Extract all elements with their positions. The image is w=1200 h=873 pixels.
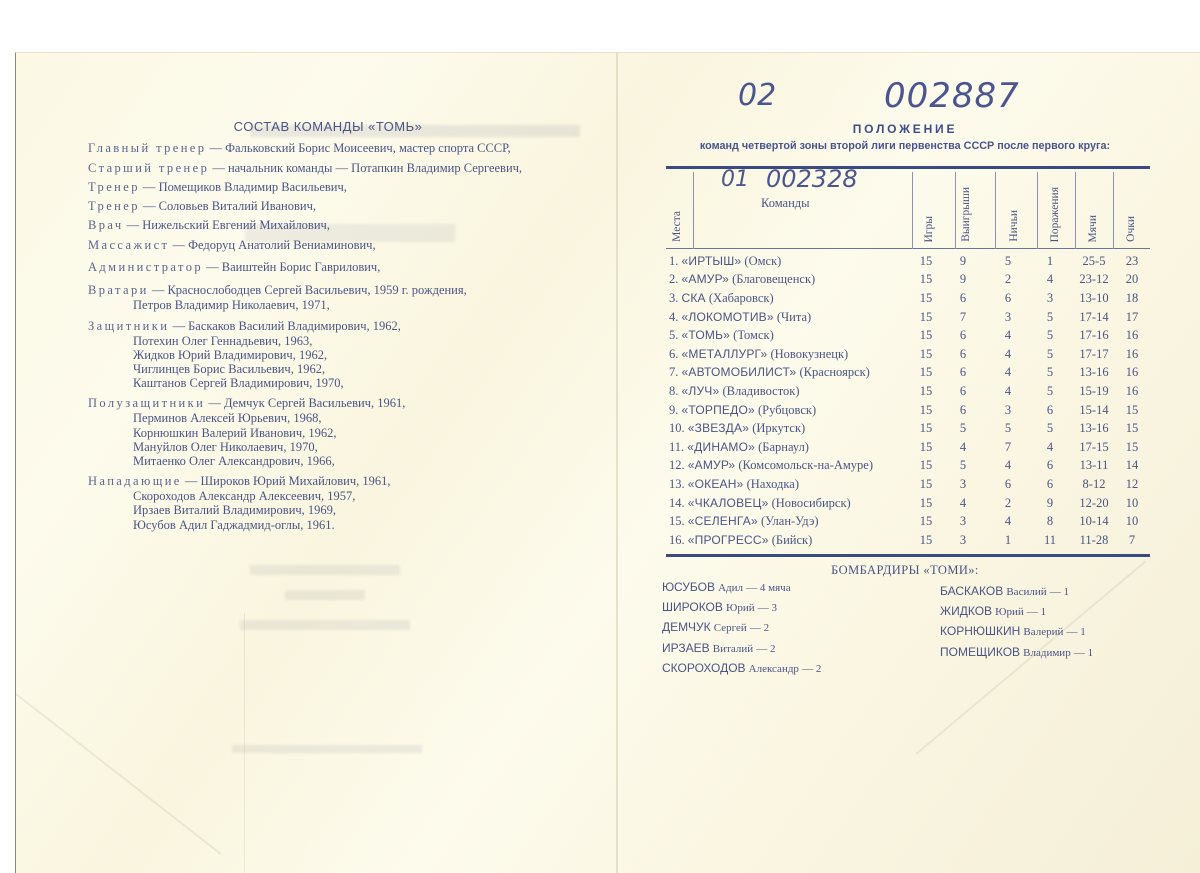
table-row: 9. «ТОРПЕДО» (Рубцовск)1563615-1415 <box>666 401 1150 420</box>
player: Скороходов Александр Алексеевич, 1957, <box>88 489 588 503</box>
player: Ирзаев Виталий Владимирович, 1969, <box>88 503 588 517</box>
table-row: 13. «ОКЕАН» (Находка)153668-1212 <box>666 475 1150 494</box>
standings-subtitle: команд четвертой зоны второй лиги первен… <box>660 140 1150 152</box>
table-row: 1. «ИРТЫШ» (Омск)1595125-523 <box>666 252 1150 271</box>
player: Потехин Олег Геннадьевич, 1963, <box>88 334 588 348</box>
table-row: 11. «ДИНАМО» (Барнаул)1547417-1515 <box>666 438 1150 457</box>
header-points: Очки <box>1125 216 1137 242</box>
crease <box>244 613 245 873</box>
player: Жидков Юрий Владимирович, 1962, <box>88 348 588 362</box>
table-row: 3. СКА (Хабаровск)1566313-1018 <box>666 289 1150 308</box>
table-row: 15. «СЕЛЕНГА» (Улан-Удэ)1534810-1410 <box>666 512 1150 531</box>
handwritten-number-top: 002887 <box>884 76 1020 116</box>
forwards-group: Нападающие — Широков Юрий Михайлович, 19… <box>88 473 588 532</box>
scorers-list-right: БАСКАКОВ Василий — 1 ЖИДКОВ Юрий — 1 КОР… <box>940 582 1093 663</box>
staff-line: Тренер — Соловьев Виталий Иванович, <box>88 197 588 216</box>
player: Мануйлов Олег Николаевич, 1970, <box>88 440 588 454</box>
staff-line: Тренер — Помещиков Владимир Васильевич, <box>88 178 588 197</box>
table-row: 14. «ЧКАЛОВЕЦ» (Новосибирск)1542912-2010 <box>666 494 1150 513</box>
table-row: 4. «ЛОКОМОТИВ» (Чита)1573517-1417 <box>666 308 1150 327</box>
table-row: 8. «ЛУЧ» (Владивосток)1564515-1916 <box>666 382 1150 401</box>
scorer: ШИРОКОВ Юрий — 3 <box>662 598 821 618</box>
show-through-text <box>285 590 365 600</box>
header-place: Места <box>671 211 683 242</box>
midfielders-group: Полузащитники — Демчук Сергей Васильевич… <box>88 395 588 468</box>
scorer: СКОРОХОДОВ Александр — 2 <box>662 659 821 679</box>
staff-line: Массажист — Федоруц Анатолий Вениаминови… <box>88 236 588 255</box>
scorer: БАСКАКОВ Василий — 1 <box>940 582 1093 602</box>
staff-line: Врач — Нижельский Евгений Михайлович, <box>88 216 588 235</box>
show-through-text <box>250 565 400 575</box>
table-header: Места Команды 01 002328 Игры Выигрыши Ни… <box>666 169 1150 249</box>
handwritten-number-table: 002328 <box>766 165 858 193</box>
show-through-text <box>240 620 410 630</box>
table-row: 6. «МЕТАЛЛУРГ» (Новокузнецк)1564517-1716 <box>666 345 1150 364</box>
table-row: 2. «АМУР» (Благовещенск)1592423-1220 <box>666 271 1150 290</box>
table-row: 5. «ТОМЬ» (Томск)1564517-1616 <box>666 326 1150 345</box>
roster-title: СОСТАВ КОМАНДЫ «ТОМЬ» <box>68 117 588 136</box>
header-losses: Поражения <box>1049 187 1061 242</box>
scorer: ДЕМЧУК Сергей — 2 <box>662 618 821 638</box>
staff-line: Администратор — Ваиштейн Борис Гаврилови… <box>88 258 588 277</box>
scorer: ИРЗАЕВ Виталий — 2 <box>662 639 821 659</box>
scorers-list-left: ЮСУБОВ Адил — 4 мяча ШИРОКОВ Юрий — 3 ДЕ… <box>662 578 821 679</box>
team-roster: СОСТАВ КОМАНДЫ «ТОМЬ» Главный тренер — Ф… <box>88 117 588 532</box>
table-row: 7. «АВТОМОБИЛИСТ» (Красноярск)1564513-16… <box>666 364 1150 383</box>
staff-line: Главный тренер — Фальковский Борис Моисе… <box>88 139 588 158</box>
header-games: Игры <box>923 216 935 243</box>
scorer: КОРНЮШКИН Валерий — 1 <box>940 622 1093 642</box>
player: Петров Владимир Николаевич, 1971, <box>88 298 588 312</box>
table-bottom-rule <box>666 554 1150 557</box>
show-through-text <box>232 745 422 753</box>
player: Каштанов Сергей Владимирович, 1970, <box>88 376 588 390</box>
player: Митаенко Олег Александрович, 1966, <box>88 454 588 468</box>
handwritten-series-top: 02 <box>738 78 776 113</box>
handwritten-series-table: 01 <box>721 167 749 192</box>
header-goals: Мячи <box>1087 215 1099 242</box>
goalkeepers-group: Вратари — Краснослободцев Сергей Василье… <box>88 282 588 312</box>
crease <box>15 693 221 855</box>
table-row: 16. «ПРОГРЕСС» (Бийск)15311111-287 <box>666 531 1150 550</box>
scorer: ПОМЕЩИКОВ Владимир — 1 <box>940 643 1093 663</box>
player: Чиглинцев Борис Васильевич, 1962, <box>88 362 588 376</box>
table-row: 10. «ЗВЕЗДА» (Иркутск)1555513-1615 <box>666 419 1150 438</box>
player: Корнюшкин Валерий Иванович, 1962, <box>88 426 588 440</box>
player: Юсубов Адил Гаджадмид-оглы, 1961. <box>88 518 588 532</box>
scorer: ЮСУБОВ Адил — 4 мяча <box>662 578 821 598</box>
header-teams: Команды <box>761 196 810 211</box>
scorers-title: БОМБАРДИРЫ «ТОМИ»: <box>660 563 1150 578</box>
center-fold <box>616 53 618 873</box>
table-body: 1. «ИРТЫШ» (Омск)1595125-523 2. «АМУР» (… <box>666 249 1150 550</box>
scorer: ЖИДКОВ Юрий — 1 <box>940 602 1093 622</box>
defenders-group: Защитники — Баскаков Василий Владимирови… <box>88 318 588 391</box>
player: Перминов Алексей Юрьевич, 1968, <box>88 411 588 425</box>
staff-line: Старший тренер — начальник команды — Пот… <box>88 159 588 178</box>
header-wins: Выигрыши <box>960 187 972 242</box>
header-draws: Ничьи <box>1008 210 1020 242</box>
standings-table: Места Команды 01 002328 Игры Выигрыши Ни… <box>666 166 1150 557</box>
standings-title: ПОЛОЖЕНИЕ <box>660 122 1150 136</box>
table-row: 12. «АМУР» (Комсомольск-на-Амуре)1554613… <box>666 457 1150 476</box>
